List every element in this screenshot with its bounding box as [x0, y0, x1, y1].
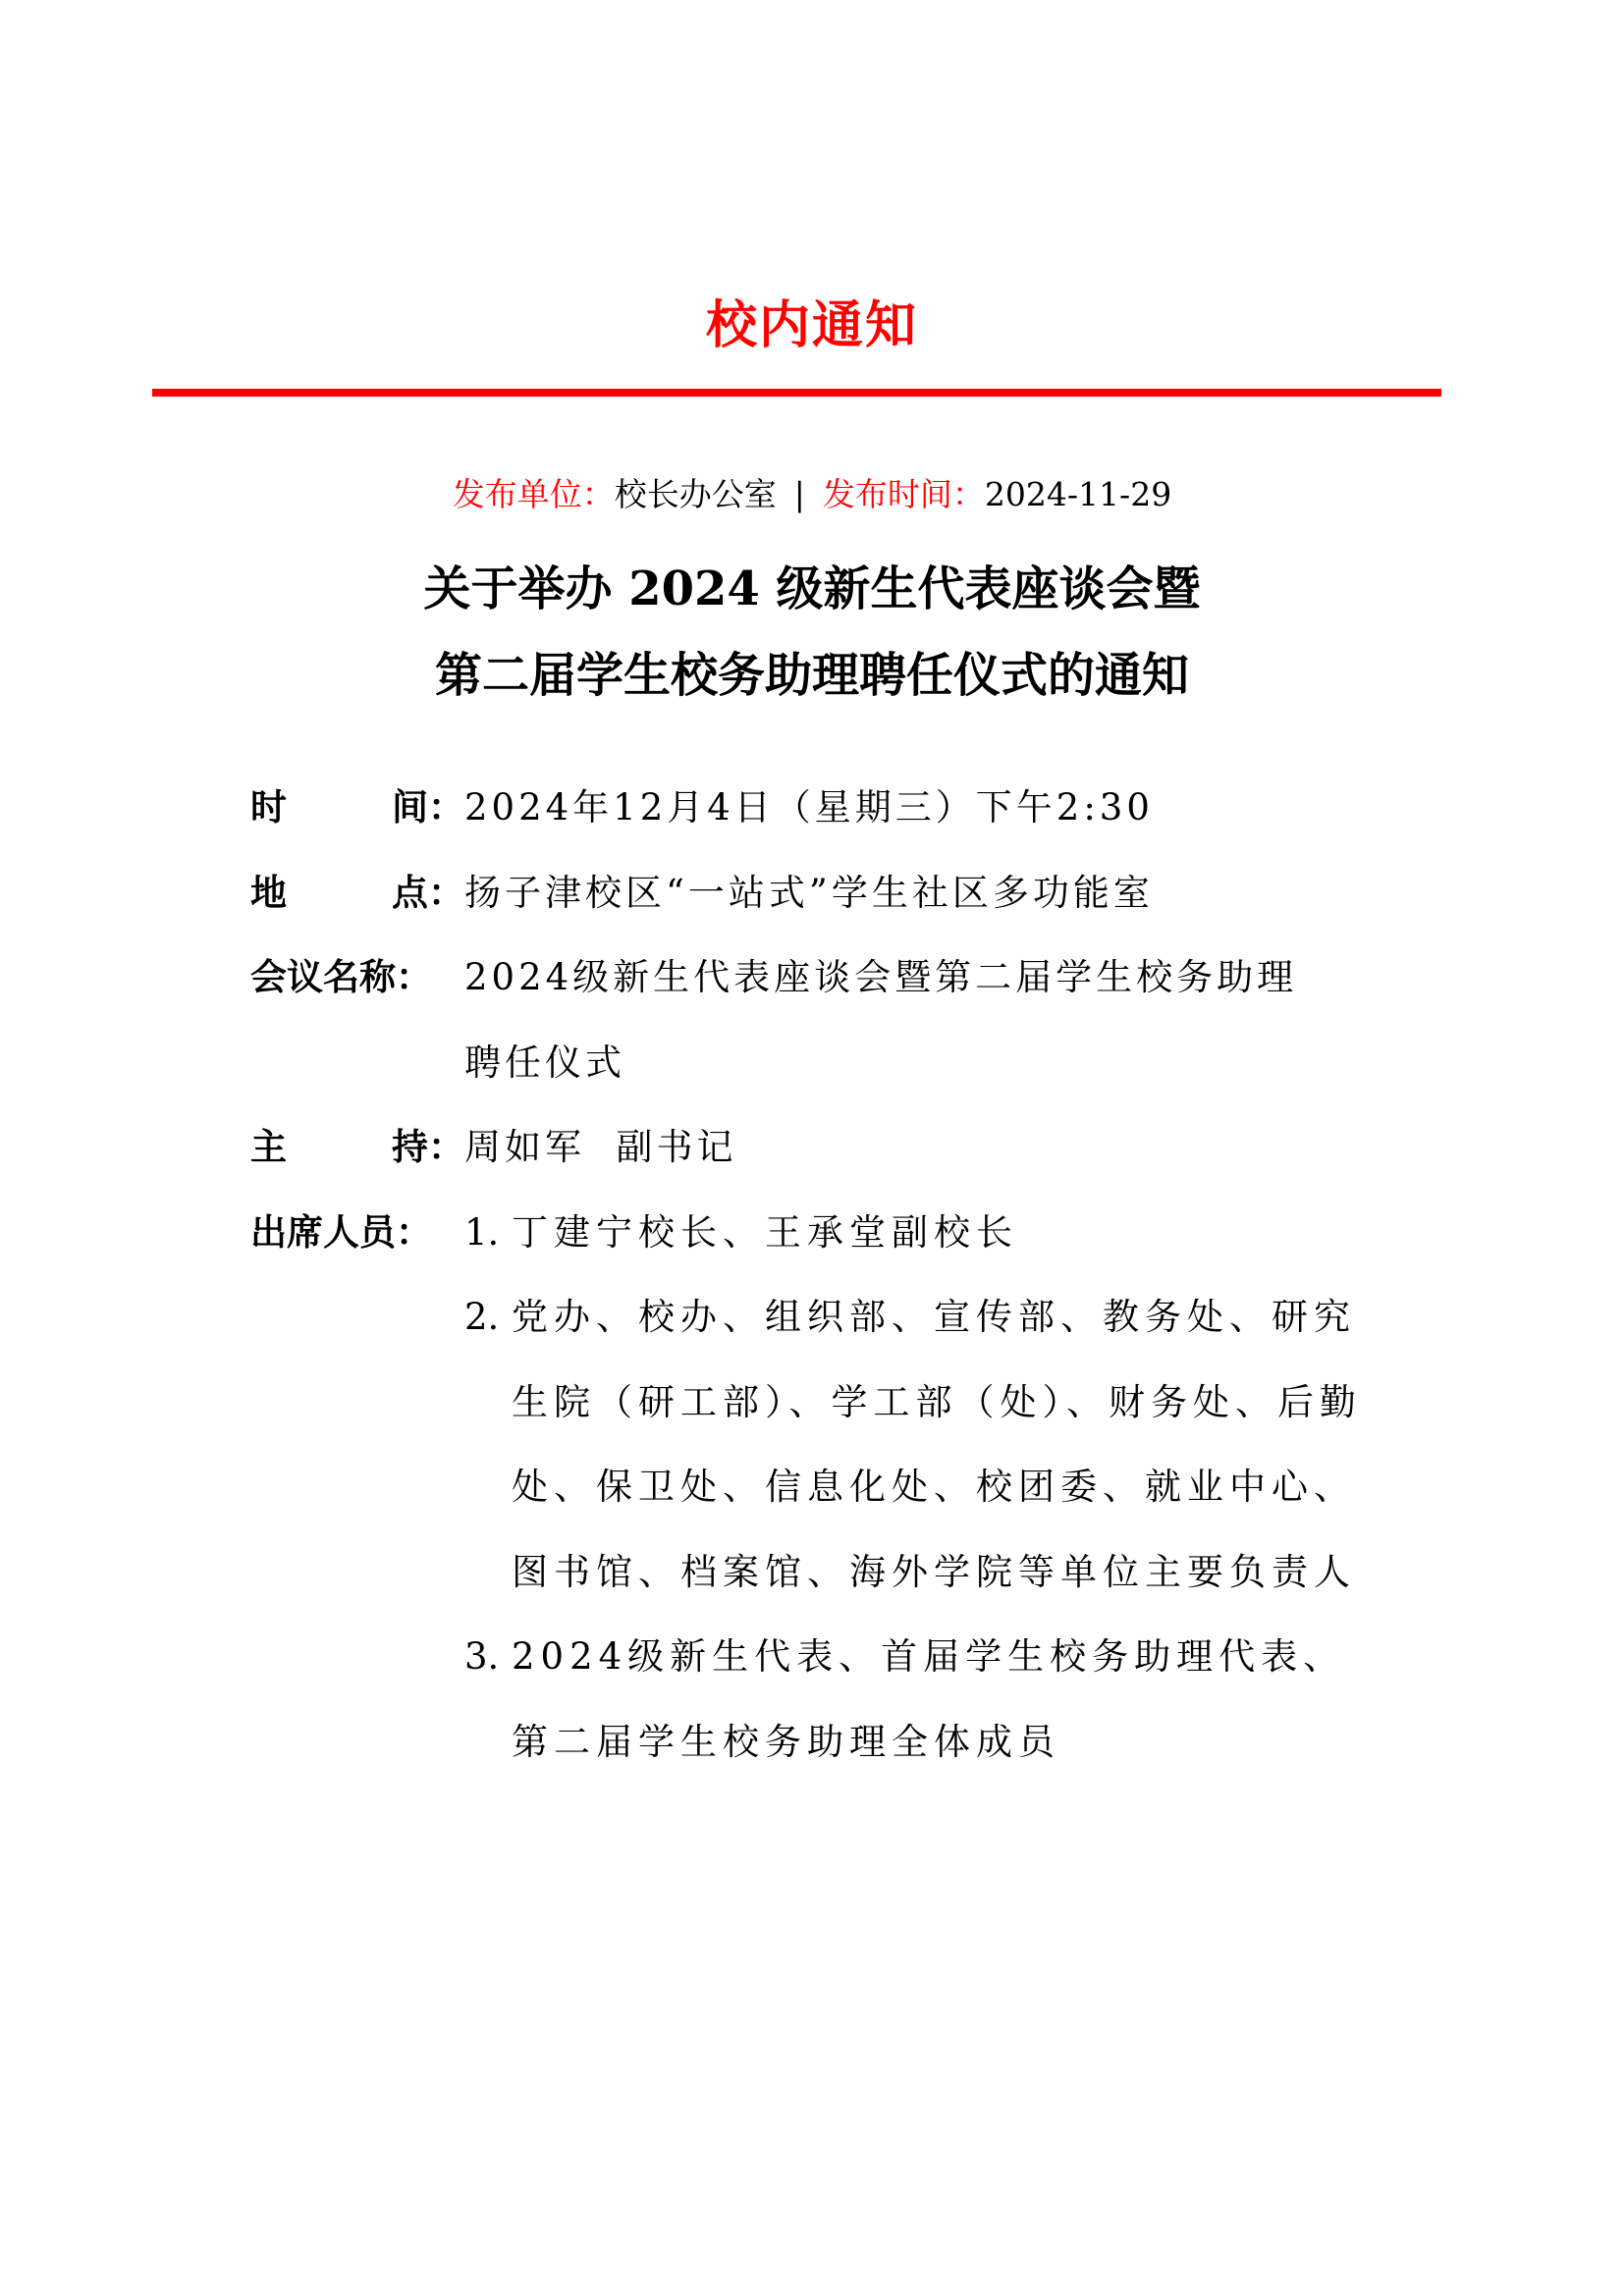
field-meeting-name-label: 会议名称： [250, 935, 464, 1021]
attendee-item-text: 党办、校办、组织部、宣传部、教务处、研究生院（研工部）、学工部（处）、财务处、后… [512, 1275, 1376, 1615]
publish-meta: 发布单位：校长办公室|发布时间：2024-11-29 [0, 473, 1624, 516]
field-location: 地 点： 扬子津校区“一站式”学生社区多功能室 [250, 851, 1409, 936]
document-title-line-1: 关于举办 2024 级新生代表座谈会暨 [0, 546, 1624, 632]
field-meeting-name: 会议名称： 2024级新生代表座谈会暨第二届学生校务助理 聘任仪式 [250, 935, 1409, 1105]
field-attendees: 出席人员： 1. 丁建宁校长、王承堂副校长 2. 党办、校办、组织部、宣传部、教… [250, 1191, 1409, 1786]
attendee-item: 1. 丁建宁校长、王承堂副校长 [464, 1191, 1409, 1276]
field-time: 时 间： 2024年12月4日（星期三）下午2:30 [250, 766, 1409, 851]
masthead-title: 校内通知 [0, 287, 1624, 365]
publisher-label: 发布单位： [453, 475, 615, 513]
attendee-item: 2. 党办、校办、组织部、宣传部、教务处、研究生院（研工部）、学工部（处）、财务… [464, 1275, 1409, 1615]
publisher-value: 校长办公室 [615, 475, 777, 513]
field-location-label: 地 点： [250, 851, 464, 936]
attendee-item-number: 3. [464, 1615, 512, 1700]
attendee-item-number: 2. [464, 1275, 512, 1361]
notice-fields: 时 间： 2024年12月4日（星期三）下午2:30 地 点： 扬子津校区“一站… [250, 766, 1409, 1785]
document-title-line-2: 第二届学生校务助理聘任仪式的通知 [0, 632, 1624, 719]
masthead-divider [152, 389, 1441, 397]
date-value: 2024-11-29 [985, 475, 1171, 513]
date-label: 发布时间： [823, 475, 985, 513]
document-title: 关于举办 2024 级新生代表座谈会暨 第二届学生校务助理聘任仪式的通知 [0, 546, 1624, 719]
attendee-item-text: 2024级新生代表、首届学生校务助理代表、第二届学生校务助理全体成员 [512, 1615, 1376, 1785]
field-time-value: 2024年12月4日（星期三）下午2:30 [464, 766, 1409, 851]
field-meeting-name-value: 2024级新生代表座谈会暨第二届学生校务助理 聘任仪式 [464, 935, 1409, 1105]
field-attendees-label: 出席人员： [250, 1191, 464, 1276]
attendee-item-number: 1. [464, 1191, 512, 1276]
field-host-label: 主 持： [250, 1105, 464, 1191]
field-location-value: 扬子津校区“一站式”学生社区多功能室 [464, 851, 1409, 936]
attendee-item-text: 丁建宁校长、王承堂副校长 [512, 1191, 1376, 1276]
meta-separator: | [794, 473, 805, 516]
attendee-item: 3. 2024级新生代表、首届学生校务助理代表、第二届学生校务助理全体成员 [464, 1615, 1409, 1785]
field-time-label: 时 间： [250, 766, 464, 851]
attendee-list: 1. 丁建宁校长、王承堂副校长 2. 党办、校办、组织部、宣传部、教务处、研究生… [464, 1191, 1409, 1786]
field-host: 主 持： 周如军 副书记 [250, 1105, 1409, 1191]
field-attendees-value: 1. 丁建宁校长、王承堂副校长 2. 党办、校办、组织部、宣传部、教务处、研究生… [464, 1191, 1409, 1786]
field-host-value: 周如军 副书记 [464, 1105, 1409, 1191]
